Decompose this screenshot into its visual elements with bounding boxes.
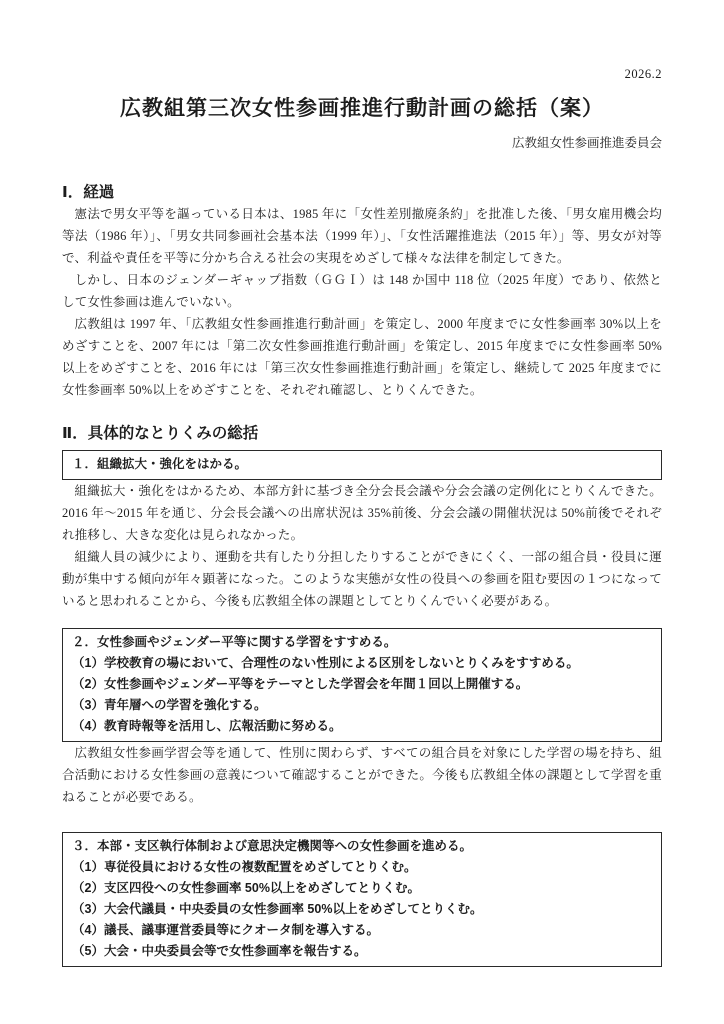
goal-box-2-item: （2）女性参画やジェンダー平等をテーマとした学習会を年間１回以上開催する。 (72, 674, 652, 695)
document-page: 2026.2 広教組第三次女性参画推進行動計画の総括（案） 広教組女性参画推進委… (0, 0, 724, 1024)
goal-box-2: ２．女性参画やジェンダー平等に関する学習をすすめる。 （1）学校教育の場において… (62, 628, 662, 742)
section-1-paragraph-2: しかし、日本のジェンダーギャップ指数（ＧＧＩ）は 148 か国中 118 位（2… (62, 269, 662, 313)
section-2-paragraph-3: 広教組女性参画学習会等を通して、性別に関わらず、すべての組合員を対象にした学習の… (62, 742, 662, 808)
goal-box-2-title: ２．女性参画やジェンダー平等に関する学習をすすめる。 (72, 632, 652, 653)
goal-box-2-item: （3）青年層への学習を強化する。 (72, 695, 652, 716)
goal-box-2-item: （1）学校教育の場において、合理性のない性別による区別をしないとりくみをすすめる… (72, 653, 652, 674)
section-1-paragraph-1: 憲法で男女平等を謳っている日本は、1985 年に「女性差別撤廃条約」を批准した後… (62, 203, 662, 269)
section-2-paragraph-1: 組織拡大・強化をはかるため、本部方針に基づき全分会長会議や分会会議の定例化にとり… (62, 480, 662, 546)
goal-box-3-item: （1）専従役員における女性の複数配置をめざしてとりくむ。 (72, 857, 652, 878)
goal-box-2-item: （4）教育時報等を活用し、広報活動に努める。 (72, 716, 652, 737)
section-1-paragraph-3: 広教組は 1997 年、「広教組女性参画推進行動計画」を策定し、2000 年度ま… (62, 313, 662, 401)
section-2-paragraph-2: 組織人員の減少により、運動を共有したり分担したりすることができにくく、一部の組合… (62, 546, 662, 612)
goal-box-3-item: （5）大会・中央委員会等で女性参画率を報告する。 (72, 941, 652, 962)
goal-box-3-item: （3）大会代議員・中央委員の女性参画率 50%以上をめざしてとりくむ。 (72, 899, 652, 920)
goal-box-1-title: １．組織拡大・強化をはかる。 (72, 454, 652, 475)
goal-box-3-item: （4）議長、議事運営委員等にクオータ制を導入する。 (72, 920, 652, 941)
goal-box-3-item: （2）支区四役への女性参画率 50%以上をめざしてとりくむ。 (72, 878, 652, 899)
goal-box-1: １．組織拡大・強化をはかる。 (62, 450, 662, 480)
goal-box-3-title: ３．本部・支区執行体制および意思決定機関等への女性参画を進める。 (72, 836, 652, 857)
document-date: 2026.2 (62, 0, 662, 82)
document-title: 広教組第三次女性参画推進行動計画の総括（案） (62, 95, 662, 123)
document-content: 2026.2 広教組第三次女性参画推進行動計画の総括（案） 広教組女性参画推進委… (62, 0, 662, 967)
goal-box-3: ３．本部・支区執行体制および意思決定機関等への女性参画を進める。 （1）専従役員… (62, 832, 662, 967)
section-2-heading: Ⅱ．具体的なとりくみの総括 (62, 423, 662, 444)
document-author: 広教組女性参画推進委員会 (62, 135, 662, 152)
section-1-heading: Ⅰ．経過 (62, 182, 662, 203)
